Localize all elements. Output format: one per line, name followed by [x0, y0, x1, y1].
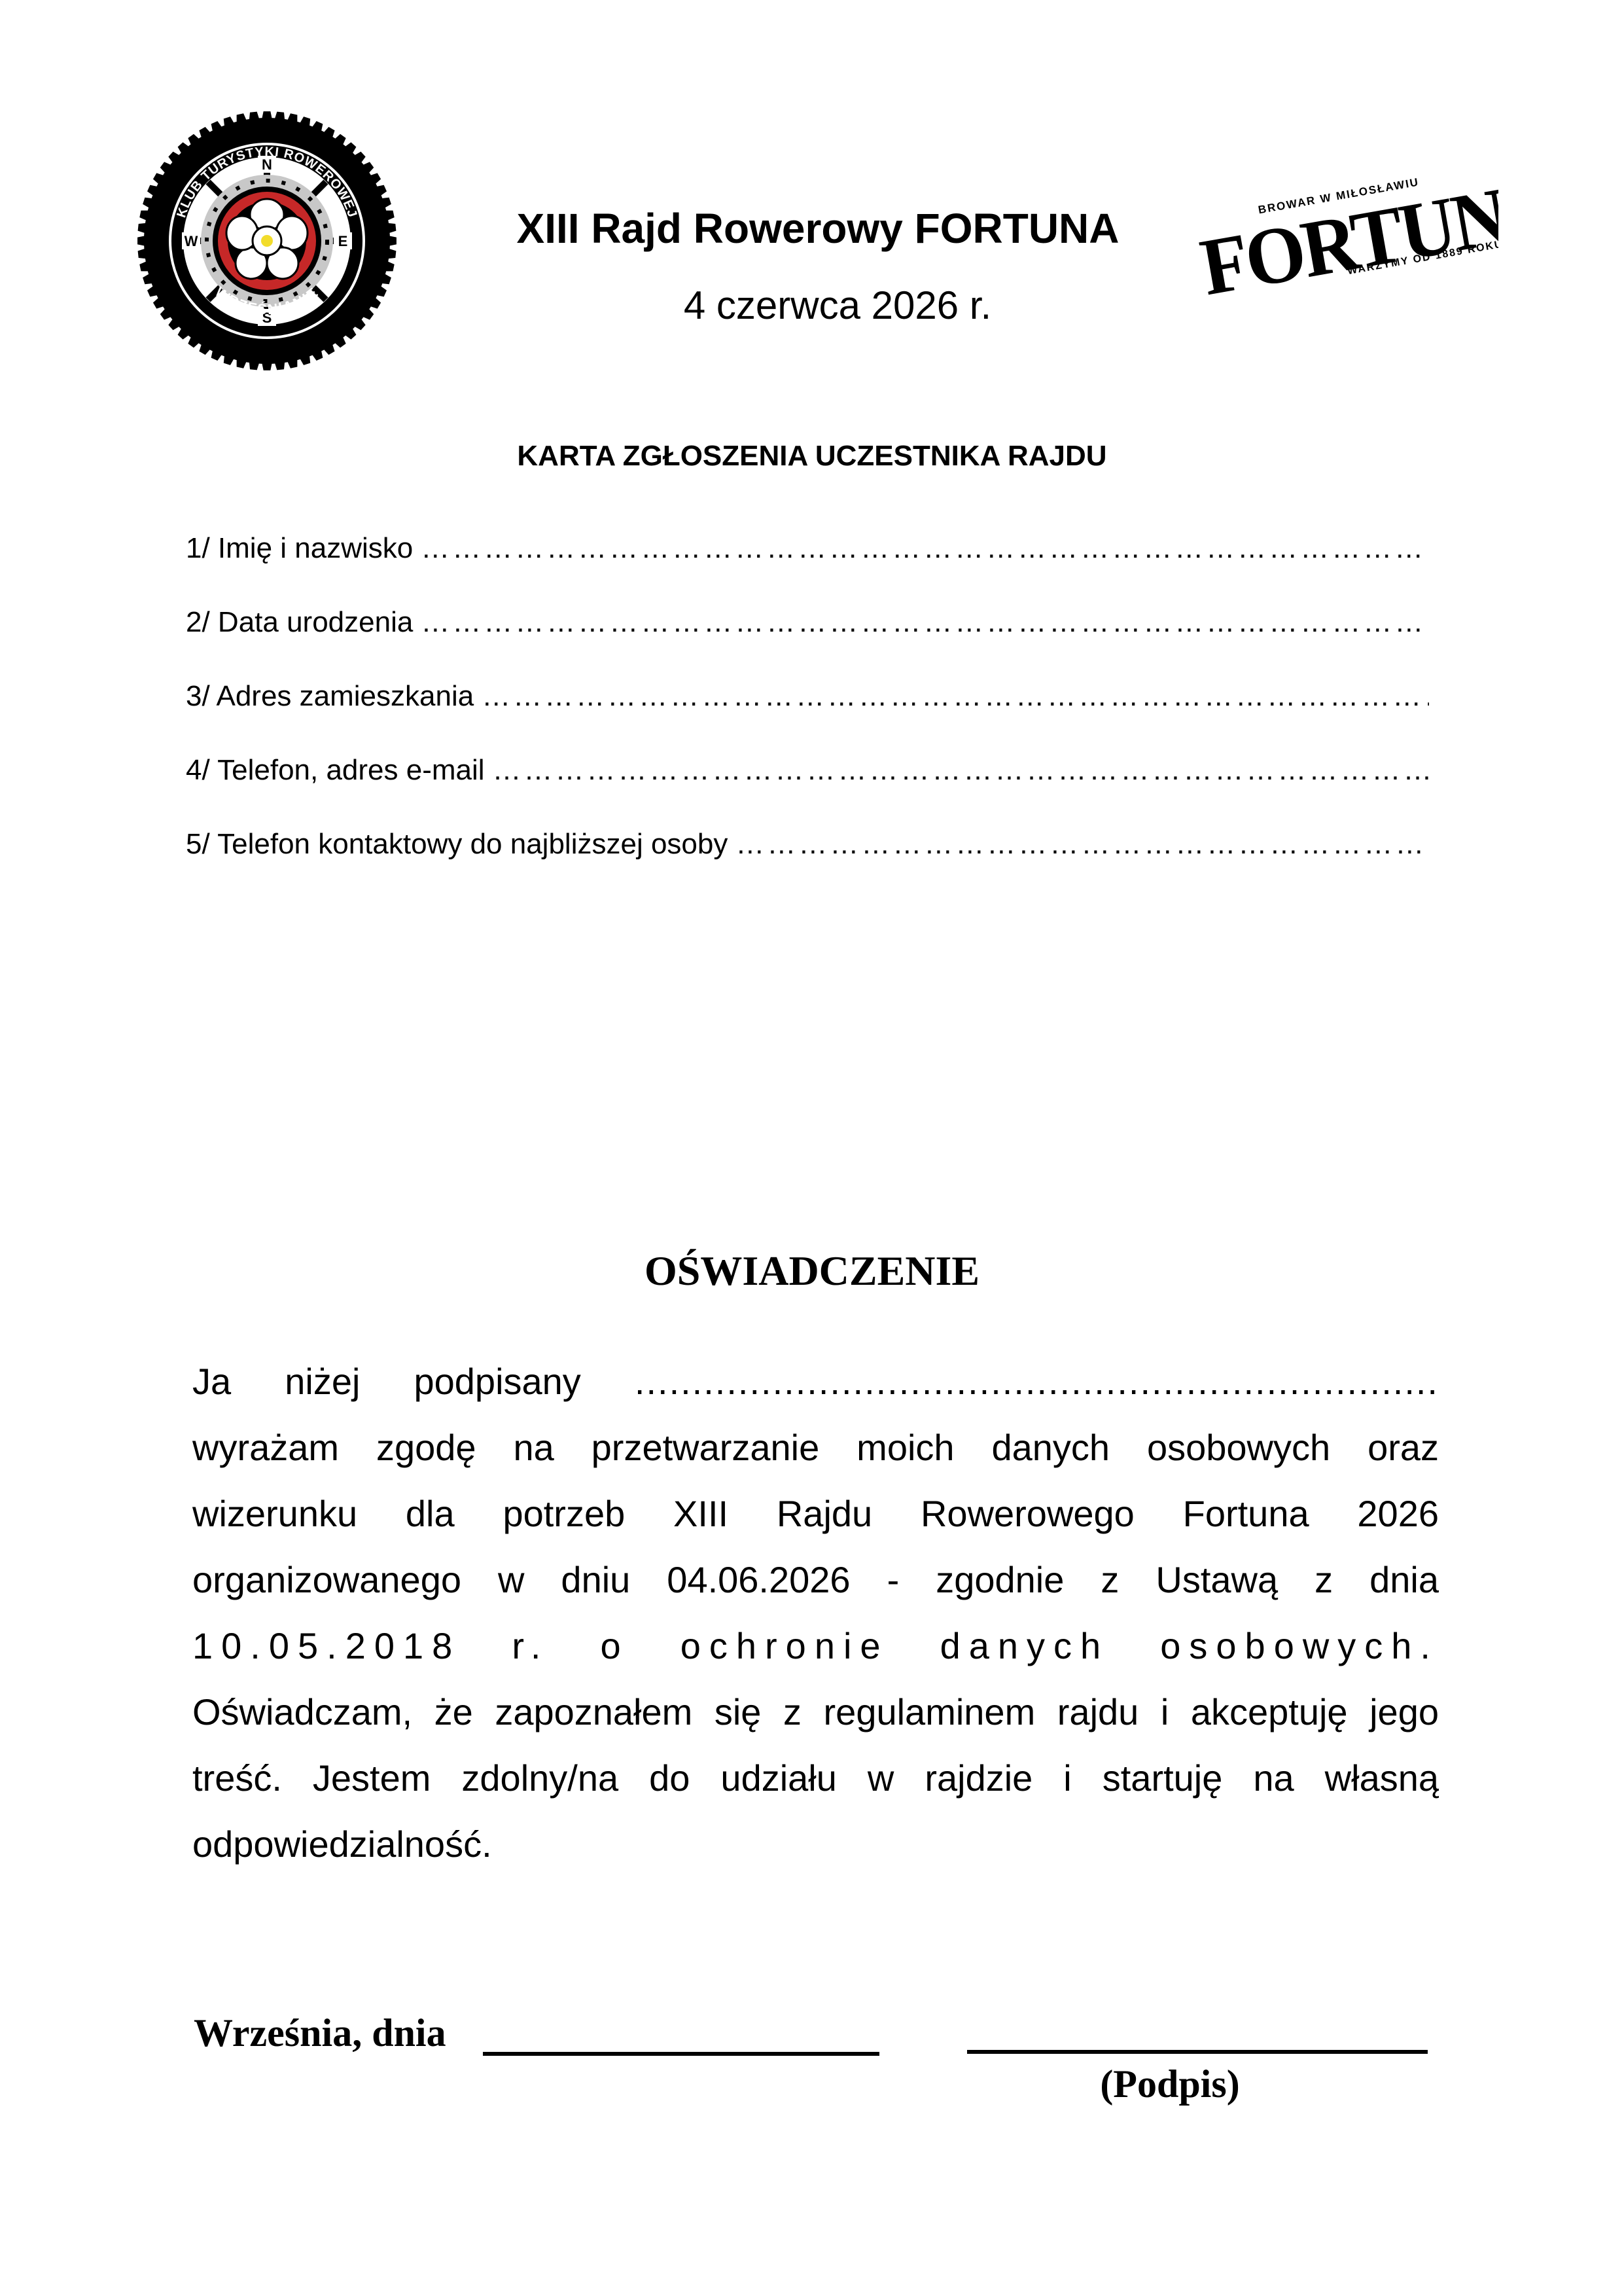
place-date-label: Września, dnia: [194, 2011, 446, 2056]
field-phone-email[interactable]: 4/ Telefon, adres e-mail: [186, 751, 1429, 825]
fill-in-dotted-line[interactable]: [421, 603, 1429, 642]
date-fill-in-line[interactable]: [483, 2052, 879, 2056]
compass-west: W: [185, 233, 198, 249]
statement-body: Ja niżej podpisany .....................…: [192, 1348, 1439, 1877]
statement-line: 10.05.2018 r. o ochronie danych osobowyc…: [192, 1613, 1439, 1679]
statement-line-text: Ja niżej podpisany: [192, 1361, 581, 1402]
field-birth-date[interactable]: 2/ Data urodzenia: [186, 603, 1429, 677]
fill-in-dotted-line[interactable]: [493, 751, 1429, 790]
field-address[interactable]: 3/ Adres zamieszkania: [186, 677, 1429, 751]
signature-caption: (Podpis): [1072, 2062, 1268, 2107]
statement-heading: OŚWIADCZENIE: [0, 1247, 1624, 1295]
field-label: 4/ Telefon, adres e-mail: [186, 751, 485, 790]
field-emergency-contact[interactable]: 5/ Telefon kontaktowy do najbliższej oso…: [186, 825, 1429, 899]
form-heading: KARTA ZGŁOSZENIA UCZESTNIKA RAJDU: [0, 440, 1624, 473]
fortuna-logo-icon: BROWAR W MIŁOSŁAWIU FORTUNA WARZYMY OD 1…: [1184, 154, 1498, 304]
signature-fill-in-line[interactable]: [967, 2050, 1428, 2054]
statement-line: organizowanego w dniu 04.06.2026 - zgodn…: [192, 1547, 1439, 1613]
field-label: 3/ Adres zamieszkania: [186, 677, 474, 716]
event-title: XIII Rajd Rowerowy FORTUNA: [458, 204, 1178, 253]
field-label: 2/ Data urodzenia: [186, 603, 413, 642]
fill-in-dotted-line[interactable]: [735, 825, 1429, 864]
fortuna-logo-name: FORTUNA: [1194, 161, 1498, 304]
statement-line: treść. Jestem zdolny/na do udziału w raj…: [192, 1745, 1439, 1811]
statement-line: Ja niżej podpisany .....................…: [192, 1348, 1439, 1414]
fill-in-dotted-line[interactable]: [482, 677, 1429, 716]
statement-line: Oświadczam, że zapoznałem się z regulami…: [192, 1679, 1439, 1745]
statement-line: odpowiedzialność.: [192, 1811, 1439, 1877]
field-label: 5/ Telefon kontaktowy do najbliższej oso…: [186, 825, 728, 864]
compass-east: E: [338, 233, 348, 249]
registration-fields: 1/ Imię i nazwisko 2/ Data urodzenia 3/ …: [186, 529, 1429, 899]
fill-in-dotted-line[interactable]: [421, 529, 1429, 568]
club-logo-icon: N S W E KLUB TURYSTYKI ROWEROWEJ WRZEŚNI…: [136, 110, 398, 372]
statement-line: wizerunku dla potrzeb XIII Rajdu Rowerow…: [192, 1480, 1439, 1547]
name-fill-in-line[interactable]: ........................................…: [635, 1361, 1439, 1402]
field-full-name[interactable]: 1/ Imię i nazwisko: [186, 529, 1429, 603]
statement-line: wyrażam zgodę na przetwarzanie moich dan…: [192, 1414, 1439, 1480]
field-label: 1/ Imię i nazwisko: [186, 529, 413, 568]
event-date: 4 czerwca 2026 r.: [458, 283, 1178, 328]
